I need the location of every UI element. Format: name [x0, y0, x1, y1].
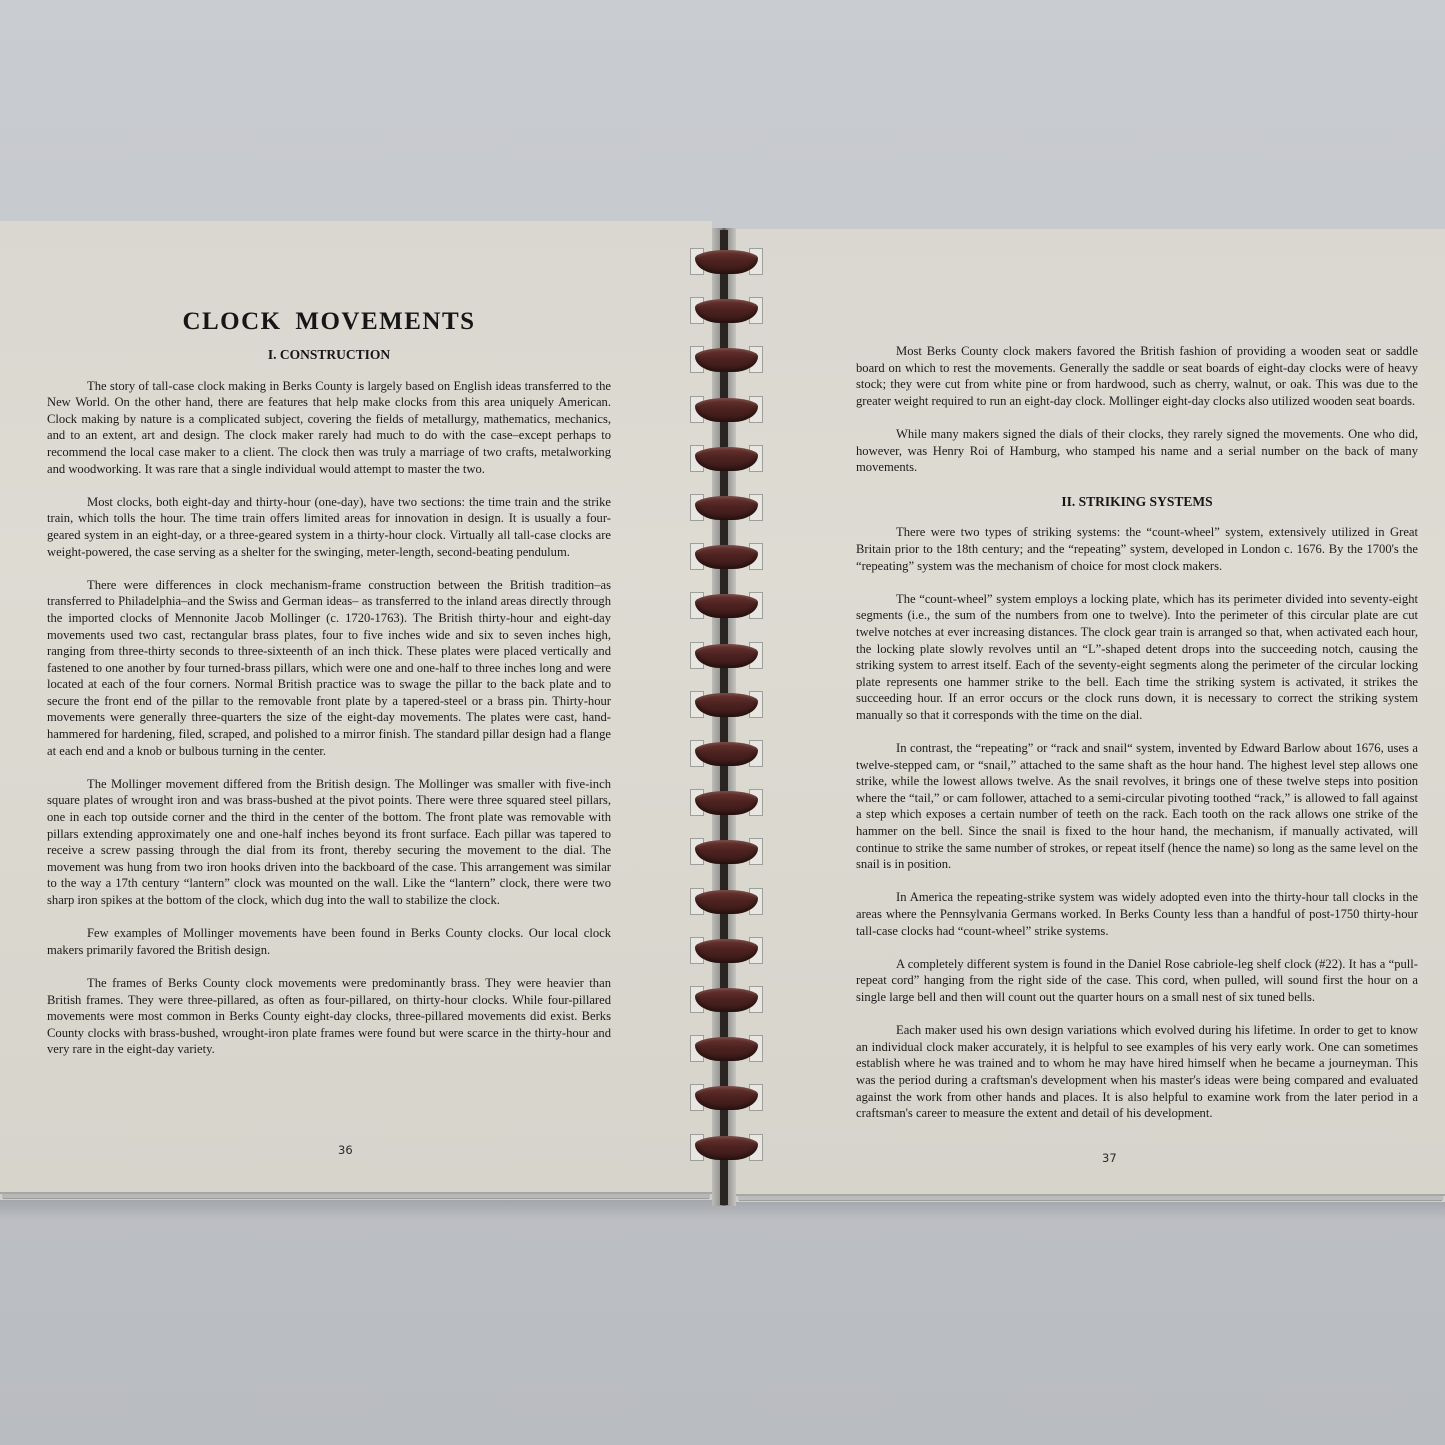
- binding-coil: [690, 494, 765, 524]
- binding-coil: [690, 986, 765, 1016]
- left-page: CLOCK MOVEMENTS I. CONSTRUCTION The stor…: [0, 221, 712, 1194]
- coil-ring: [695, 939, 758, 963]
- coil-ring: [695, 1136, 758, 1160]
- paragraph: There were two types of striking systems…: [856, 524, 1418, 574]
- page-title: CLOCK MOVEMENTS: [47, 307, 611, 337]
- paragraph: Each maker used his own design variation…: [856, 1022, 1418, 1122]
- coil-ring: [695, 742, 758, 766]
- page-stack-right: [734, 1196, 1445, 1202]
- binding-coil: [690, 642, 765, 672]
- binding-coil: [690, 396, 765, 426]
- paragraph: The “count-wheel” system employs a locki…: [856, 591, 1418, 724]
- page-number: 36: [338, 1143, 353, 1157]
- coil-ring: [695, 988, 758, 1012]
- coil-ring: [695, 299, 758, 323]
- coil-ring: [695, 644, 758, 668]
- binding-coil: [690, 1134, 765, 1164]
- binding-coil: [690, 740, 765, 770]
- binding-coil: [690, 592, 765, 622]
- coil-ring: [695, 250, 758, 274]
- coil-ring: [695, 791, 758, 815]
- right-page: Most Berks County clock makers favored t…: [736, 229, 1445, 1196]
- binding-coil: [690, 1084, 765, 1114]
- coil-ring: [695, 545, 758, 569]
- paragraph: Few examples of Mollinger movements have…: [47, 925, 611, 958]
- binding-coil: [690, 937, 765, 967]
- section-heading-striking-systems: II. STRIKING SYSTEMS: [856, 494, 1418, 511]
- binding-coil: [690, 1035, 765, 1065]
- paragraph: While many makers signed the dials of th…: [856, 426, 1418, 476]
- paragraph: The frames of Berks County clock movemen…: [47, 975, 611, 1058]
- page-stack-left: [0, 1194, 714, 1200]
- binding-coil: [690, 691, 765, 721]
- coil-ring: [695, 693, 758, 717]
- coil-ring: [695, 447, 758, 471]
- binding-coil: [690, 789, 765, 819]
- binding-coil: [690, 346, 765, 376]
- binding-coil: [690, 248, 765, 278]
- right-page-text-column: Most Berks County clock makers favored t…: [856, 343, 1418, 1138]
- paragraph: A completely different system is found i…: [856, 956, 1418, 1006]
- binding-coil: [690, 888, 765, 918]
- photo-scene: CLOCK MOVEMENTS I. CONSTRUCTION The stor…: [0, 0, 1445, 1445]
- section-heading-construction: I. CONSTRUCTION: [47, 347, 611, 364]
- coil-ring: [695, 890, 758, 914]
- paragraph: The Mollinger movement differed from the…: [47, 776, 611, 909]
- paragraph: Most clocks, both eight-day and thirty-h…: [47, 494, 611, 560]
- binding-coil: [690, 543, 765, 573]
- binding-coil: [690, 838, 765, 868]
- page-number: 37: [1102, 1151, 1117, 1165]
- paragraph: Most Berks County clock makers favored t…: [856, 343, 1418, 409]
- coil-ring: [695, 1037, 758, 1061]
- binding-coil: [690, 445, 765, 475]
- paragraph: In America the repeating-strike system w…: [856, 889, 1418, 939]
- paragraph: In contrast, the “repeating” or “rack an…: [856, 740, 1418, 873]
- spiral-binding: [690, 248, 765, 1188]
- left-page-text-column: CLOCK MOVEMENTS I. CONSTRUCTION The stor…: [47, 307, 611, 1075]
- coil-ring: [695, 398, 758, 422]
- binding-coil: [690, 297, 765, 327]
- paragraph: There were differences in clock mechanis…: [47, 577, 611, 760]
- coil-ring: [695, 496, 758, 520]
- paragraph: The story of tall-case clock making in B…: [47, 378, 611, 478]
